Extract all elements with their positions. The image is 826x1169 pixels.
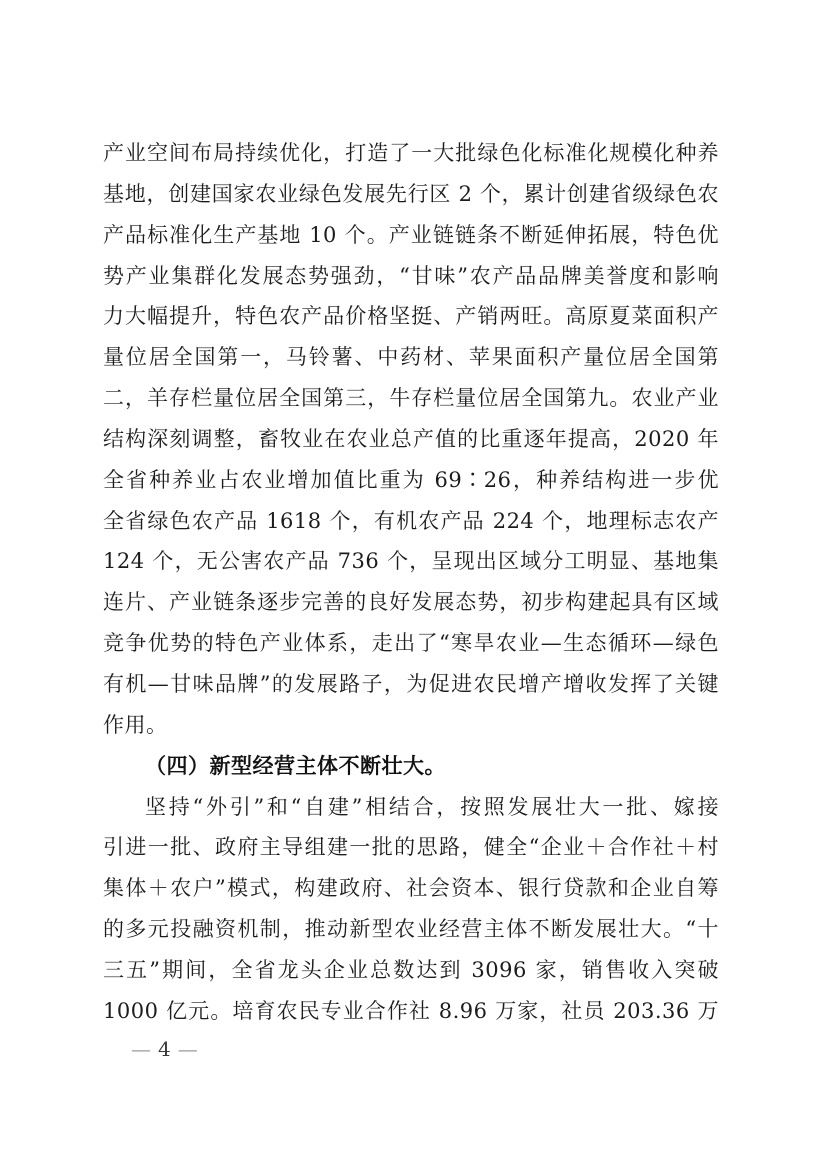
body-line: 量位居全国第一，马铃薯、中药材、苹果面积产量位居全国第 xyxy=(103,337,719,378)
body-line: 产业空间布局持续优化，打造了一大批绿色化标准化规模化种养 xyxy=(103,133,719,174)
body-line: 力大幅提升，特色农产品价格坚挺、产销两旺。高原夏菜面积产 xyxy=(103,296,719,337)
body-line: 势产业集群化发展态势强劲，“甘味”农产品品牌美誉度和影响 xyxy=(103,256,719,297)
body-line: 有机—甘味品牌”的发展路子，为促进农民增产增收发挥了关键 xyxy=(103,664,719,705)
body-line: 竞争优势的特色产业体系，走出了“寒旱农业—生态循环—绿色 xyxy=(103,623,719,664)
page-number: 4 xyxy=(158,1037,171,1061)
body-line: 结构深刻调整，畜牧业在农业总产值的比重逐年提高，2020 年 xyxy=(103,419,719,460)
body-line: 连片、产业链条逐步完善的良好发展态势，初步构建起具有区域 xyxy=(103,582,719,623)
section-heading: （四）新型经营主体不断壮大。 xyxy=(103,746,719,787)
body-line: 全省种养业占农业增加值比重为 69∶26，种养结构进一步优化。 xyxy=(103,460,719,501)
page-footer: —4— xyxy=(124,1038,205,1060)
body-line: 引进一批、政府主导组建一批的思路，健全“企业＋合作社＋村 xyxy=(103,827,719,868)
body-line: 坚持“外引”和“自建”相结合，按照发展壮大一批、嫁接 xyxy=(103,787,719,828)
body-line: 全省绿色农产品 1618 个，有机农产品 224 个，地理标志农产品 xyxy=(103,501,719,542)
document-page: 产业空间布局持续优化，打造了一大批绿色化标准化规模化种养 基地，创建国家农业绿色… xyxy=(0,0,826,1169)
body-line: 产品标准化生产基地 10 个。产业链链条不断延伸拓展，特色优 xyxy=(103,215,719,256)
body-line: 124 个，无公害农产品 736 个，呈现出区域分工明显、基地集中 xyxy=(103,541,719,582)
body-line: 二，羊存栏量位居全国第三，牛存栏量位居全国第九。农业产业 xyxy=(103,378,719,419)
document-body: 产业空间布局持续优化，打造了一大批绿色化标准化规模化种养 基地，创建国家农业绿色… xyxy=(103,133,719,1032)
body-line: 三五”期间，全省龙头企业总数达到 3096 家，销售收入突破 xyxy=(103,950,719,991)
body-line: 作用。 xyxy=(103,705,719,746)
footer-left-dash: — xyxy=(124,1037,158,1061)
body-line: 的多元投融资机制，推动新型农业经营主体不断发展壮大。“十 xyxy=(103,909,719,950)
body-line: 1000 亿元。培育农民专业合作社 8.96 万家，社员 203.36 万人， xyxy=(103,991,719,1032)
body-line: 集体＋农户”模式，构建政府、社会资本、银行贷款和企业自筹 xyxy=(103,868,719,909)
body-line: 基地，创建国家农业绿色发展先行区 2 个，累计创建省级绿色农 xyxy=(103,174,719,215)
footer-right-dash: — xyxy=(171,1037,205,1061)
